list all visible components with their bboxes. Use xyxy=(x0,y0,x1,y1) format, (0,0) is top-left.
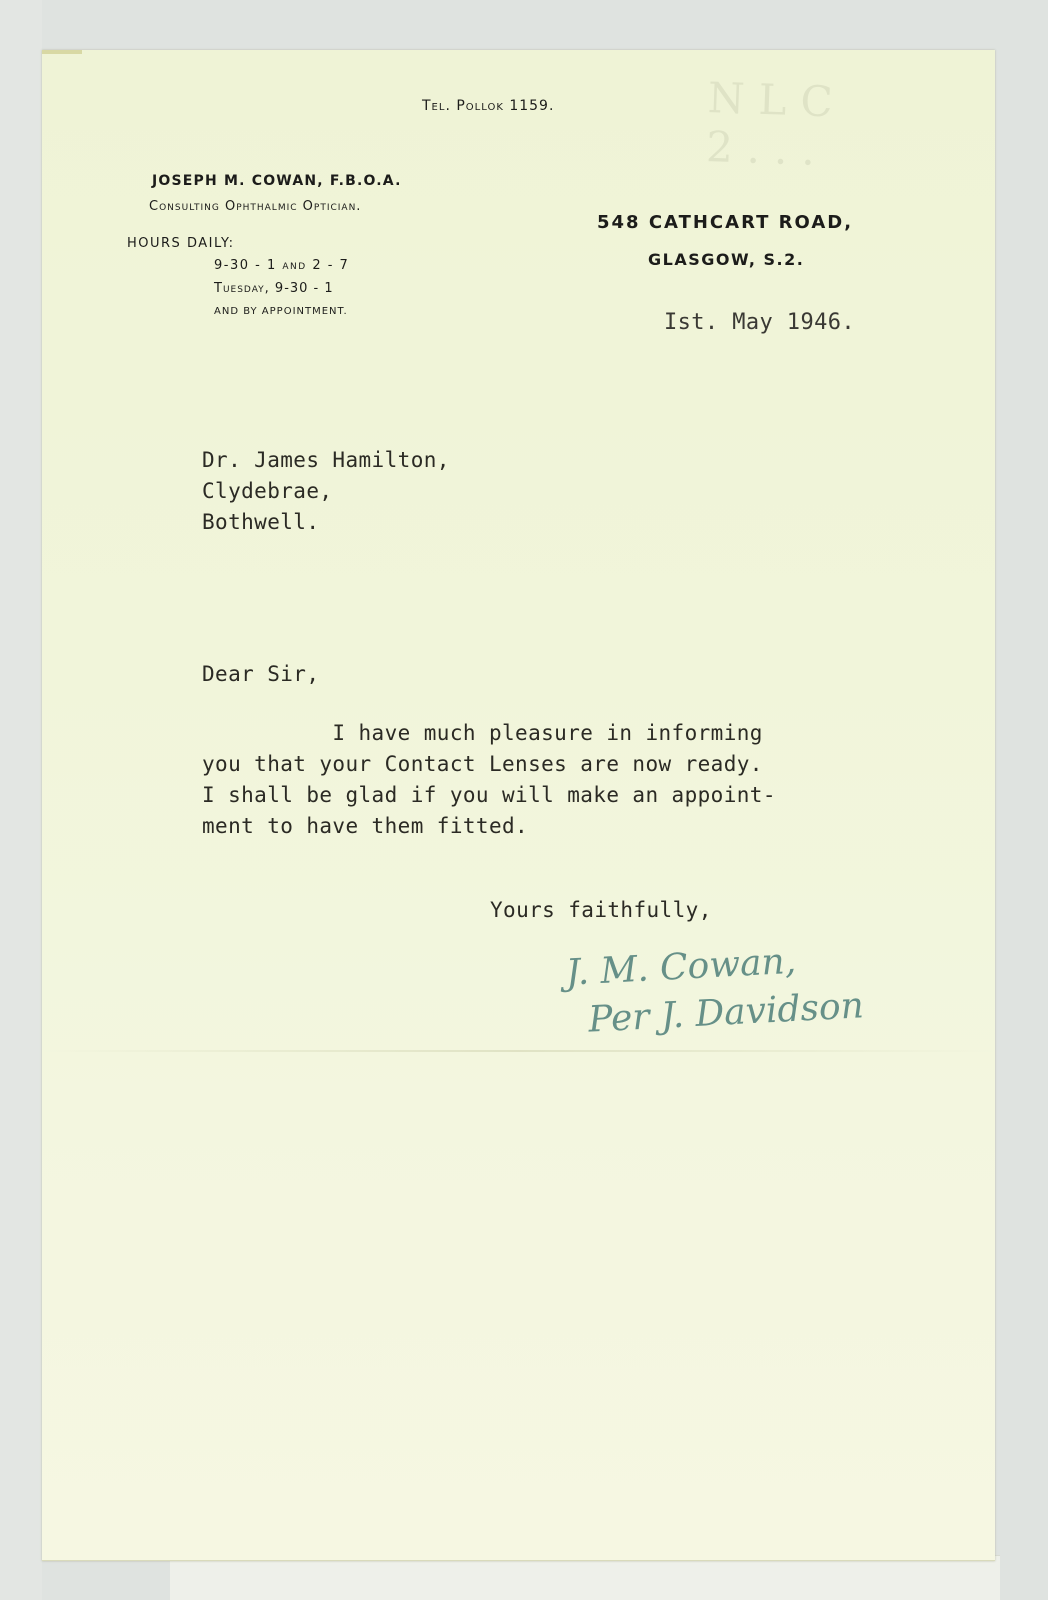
letterhead-address-city: GLASGOW, S.2. xyxy=(648,250,804,269)
body-line: ment to have them fitted. xyxy=(202,811,776,842)
letterhead-title: Consulting Ophthalmic Optician. xyxy=(149,199,361,214)
letterhead-name: JOSEPH M. COWAN, F.B.O.A. xyxy=(152,173,402,189)
paper-fold-crease xyxy=(42,1050,995,1052)
recipient-line: Bothwell. xyxy=(202,507,450,538)
letterhead-hours-line: Tuesday, 9-30 - 1 xyxy=(214,281,334,296)
letter-paper: NLC 2... Tel. Pollok 1159. JOSEPH M. COW… xyxy=(42,50,995,1561)
pencil-annotation: NLC 2... xyxy=(705,73,996,181)
letterhead-hours-line: AND BY APPOINTMENT. xyxy=(214,306,348,317)
letter-date: Ist. May 1946. xyxy=(664,310,855,335)
closing: Yours faithfully, xyxy=(490,898,712,922)
letterhead-hours-line: 9-30 - 1 and 2 - 7 xyxy=(214,258,349,273)
recipient-line: Dr. James Hamilton, xyxy=(202,445,450,476)
recipient-address: Dr. James Hamilton, Clydebrae, Bothwell. xyxy=(202,445,450,538)
letter-body: I have much pleasure in informing you th… xyxy=(202,718,776,842)
letterhead-hours-label: HOURS DAILY: xyxy=(127,236,235,251)
letterhead-address-street: 548 CATHCART ROAD, xyxy=(597,212,853,233)
body-line: I have much pleasure in informing xyxy=(202,718,776,749)
background-left xyxy=(0,0,42,1600)
body-line: I shall be glad if you will make an appo… xyxy=(202,780,776,811)
display-stand xyxy=(170,1555,1000,1600)
body-line: you that your Contact Lenses are now rea… xyxy=(202,749,776,780)
salutation: Dear Sir, xyxy=(202,662,319,686)
handwritten-signature: J. M. Cowan, Per J. Davidson xyxy=(565,934,865,1045)
recipient-line: Clydebrae, xyxy=(202,476,450,507)
letterhead-telephone: Tel. Pollok 1159. xyxy=(422,98,554,114)
